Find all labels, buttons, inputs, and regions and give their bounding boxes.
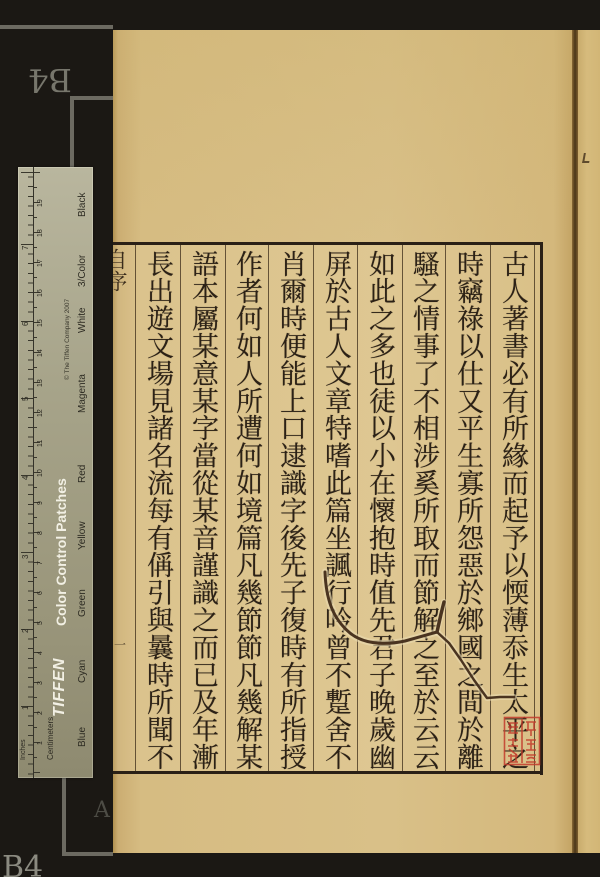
inch-number: 1: [22, 706, 30, 710]
text-column-4: 如此之多也徒以小在懷抱時值先君子晚歲幽: [357, 249, 401, 771]
cm-number: 19: [37, 199, 44, 207]
patch-label-red: Red: [78, 465, 88, 483]
top-corner-guide-vertical: [70, 96, 74, 168]
cm-number: 1: [37, 741, 44, 745]
text-column-9: 長出遊文場見諸名流每有偁引與曩時所聞不: [135, 249, 179, 771]
text-column-5: 屏於古人文章特嗜此篇坐諷行吟曾不蹔舍不: [313, 249, 357, 771]
top-guide-line: [0, 25, 113, 29]
card-title: Color Control Patches: [54, 478, 68, 626]
cm-number: 12: [37, 409, 44, 417]
cm-number: 4: [37, 651, 44, 655]
cm-number: 10: [37, 469, 44, 477]
brand-logo: TIFFEN: [52, 658, 68, 717]
frame-top-rule: [113, 242, 543, 245]
cm-number: 15: [37, 319, 44, 327]
patch-label-blue: Blue: [78, 727, 88, 747]
cm-number: 18: [37, 229, 44, 237]
fold-margin-mark: 一: [114, 636, 126, 653]
page-top-shading: [113, 30, 572, 240]
frame-bottom-rule: [113, 771, 543, 774]
frame-inner-right-rule: [534, 245, 535, 771]
cm-number: 7: [37, 561, 44, 565]
text-column-2: 時竊祿以仕又平生寡所怨惡於鄉國之間於離: [445, 249, 489, 771]
top-size-label: B4: [28, 64, 72, 96]
cm-number: 2: [37, 711, 44, 715]
bottom-corner-guide-horizontal: [62, 852, 113, 856]
text-column-1: 古人著書必有所緣而起予以愞薄忝生太平之: [490, 249, 534, 771]
cm-number: 17: [37, 259, 44, 267]
cm-number: 9: [37, 501, 44, 505]
inch-number: 4: [22, 476, 30, 480]
inch-number: 7: [22, 246, 30, 250]
fold-margin-label: 自序: [113, 248, 126, 292]
inch-number: 5: [22, 397, 30, 401]
copyright-text: © The Tiffen Company 2007: [65, 299, 72, 380]
cm-number: 8: [37, 531, 44, 535]
patch-label-cyan: Cyan: [78, 660, 88, 683]
patch-label-yellow: Yellow: [78, 521, 88, 550]
inch-number: 3: [22, 555, 30, 559]
collector-seal: [503, 716, 541, 766]
text-column-3: 騷之情事了不相涉奚所取而節解之至於云云: [401, 249, 445, 771]
color-control-card: Inches 1 2 3 4 5 6 7 1 2 3 4 5 6 7 8 9 1…: [18, 167, 93, 778]
fold-margin: 自序: [113, 248, 128, 310]
bottom-size-label: B4: [2, 853, 43, 877]
seal-stamp-icon: [503, 716, 541, 766]
patch-label-3color: 3/Color: [78, 255, 88, 287]
centimeters-label: Centimeters: [47, 717, 55, 760]
text-column-7: 作者何如人所遭何如境篇凡幾節節凡幾解某: [224, 249, 268, 771]
inches-label: Inches: [20, 739, 27, 760]
patch-label-magenta: Magenta: [78, 374, 88, 413]
patch-label-green: Green: [78, 589, 88, 617]
cm-number: 6: [37, 591, 44, 595]
inch-number: 2: [22, 629, 30, 633]
text-column-6: 肖爾時便能上口逮識字後先子復時有所指授: [268, 249, 312, 771]
corner-label: A: [94, 800, 110, 822]
frame-right-rule: [540, 242, 543, 775]
cm-number: 14: [37, 349, 44, 357]
cm-number: 13: [37, 379, 44, 387]
patch-label-black: Black: [78, 193, 88, 217]
bottom-corner-guide-vertical: [62, 778, 66, 856]
text-column-8: 語本屬某意某字當從某音謹識之而已及年漸: [180, 249, 224, 771]
top-corner-guide-horizontal: [70, 96, 113, 100]
cm-number: 5: [37, 621, 44, 625]
inch-number: 6: [22, 322, 30, 326]
cm-number: 16: [37, 289, 44, 297]
cm-number: 3: [37, 681, 44, 685]
patch-label-white: White: [78, 307, 88, 333]
color-card-content: Inches 1 2 3 4 5 6 7 1 2 3 4 5 6 7 8 9 1…: [18, 167, 93, 778]
cm-number: 11: [37, 440, 44, 447]
